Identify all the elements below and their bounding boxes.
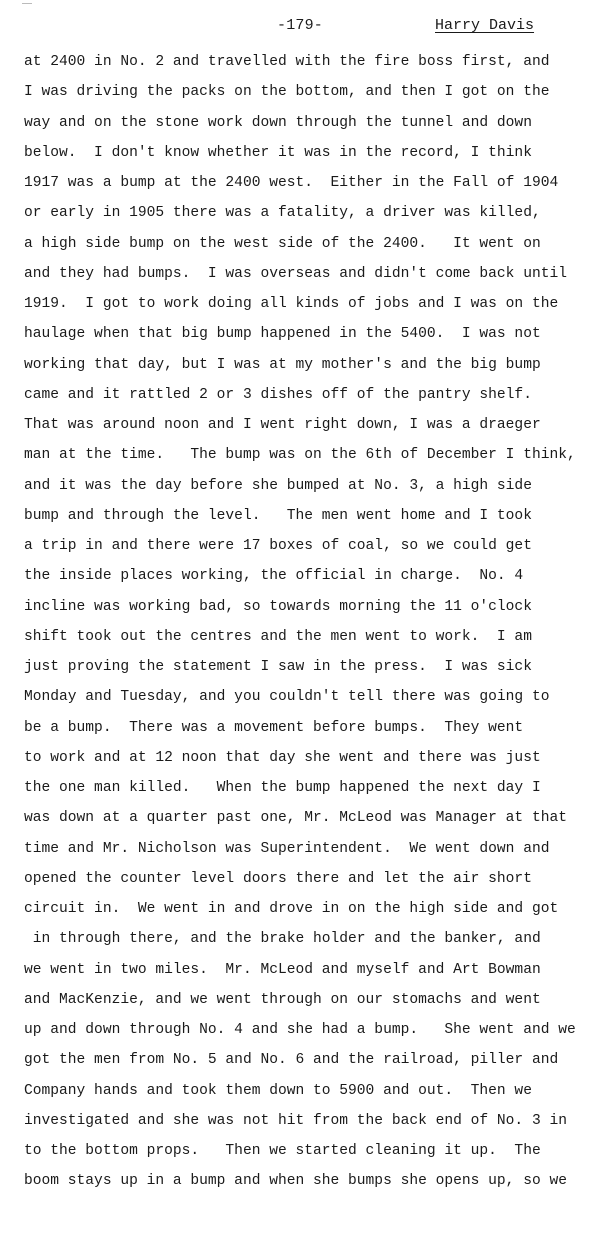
text-line: time and Mr. Nicholson was Superintenden… — [24, 834, 604, 864]
text-line: a high side bump on the west side of the… — [24, 229, 604, 259]
text-line: opened the counter level doors there and… — [24, 864, 604, 894]
text-line: came and it rattled 2 or 3 dishes off of… — [24, 380, 604, 410]
text-line: 1919. I got to work doing all kinds of j… — [24, 289, 604, 319]
text-line: boom stays up in a bump and when she bum… — [24, 1166, 604, 1196]
transcript-body: at 2400 in No. 2 and travelled with the … — [24, 47, 604, 1197]
author-name: Harry Davis — [435, 17, 534, 34]
text-line: at 2400 in No. 2 and travelled with the … — [24, 47, 604, 77]
text-line: and MacKenzie, and we went through on ou… — [24, 985, 604, 1015]
text-line: I was driving the packs on the bottom, a… — [24, 77, 604, 107]
text-line: a trip in and there were 17 boxes of coa… — [24, 531, 604, 561]
text-line: to the bottom props. Then we started cle… — [24, 1136, 604, 1166]
text-line: be a bump. There was a movement before b… — [24, 713, 604, 743]
text-line: working that day, but I was at my mother… — [24, 350, 604, 380]
text-line: the one man killed. When the bump happen… — [24, 773, 604, 803]
text-line: way and on the stone work down through t… — [24, 108, 604, 138]
text-line: the inside places working, the official … — [24, 561, 604, 591]
text-line: got the men from No. 5 and No. 6 and the… — [24, 1045, 604, 1075]
text-line: shift took out the centres and the men w… — [24, 622, 604, 652]
text-line: man at the time. The bump was on the 6th… — [24, 440, 604, 470]
text-line: just proving the statement I saw in the … — [24, 652, 604, 682]
text-line: we went in two miles. Mr. McLeod and mys… — [24, 955, 604, 985]
text-line: and they had bumps. I was overseas and d… — [24, 259, 604, 289]
text-line: was down at a quarter past one, Mr. McLe… — [24, 803, 604, 833]
text-line: up and down through No. 4 and she had a … — [24, 1015, 604, 1045]
text-line: investigated and she was not hit from th… — [24, 1106, 604, 1136]
text-line: below. I don't know whether it was in th… — [24, 138, 604, 168]
text-line: incline was working bad, so towards morn… — [24, 592, 604, 622]
text-line: in through there, and the brake holder a… — [24, 924, 604, 954]
text-line: bump and through the level. The men went… — [24, 501, 604, 531]
text-line: haulage when that big bump happened in t… — [24, 319, 604, 349]
text-line: 1917 was a bump at the 2400 west. Either… — [24, 168, 604, 198]
text-line: to work and at 12 noon that day she went… — [24, 743, 604, 773]
text-line: and it was the day before she bumped at … — [24, 471, 604, 501]
text-line: Company hands and took them down to 5900… — [24, 1076, 604, 1106]
text-line: Monday and Tuesday, and you couldn't tel… — [24, 682, 604, 712]
text-line: That was around noon and I went right do… — [24, 410, 604, 440]
text-line: circuit in. We went in and drove in on t… — [24, 894, 604, 924]
scan-mark — [22, 3, 32, 4]
text-line: or early in 1905 there was a fatality, a… — [24, 198, 604, 228]
page-number: -179- — [277, 17, 323, 34]
